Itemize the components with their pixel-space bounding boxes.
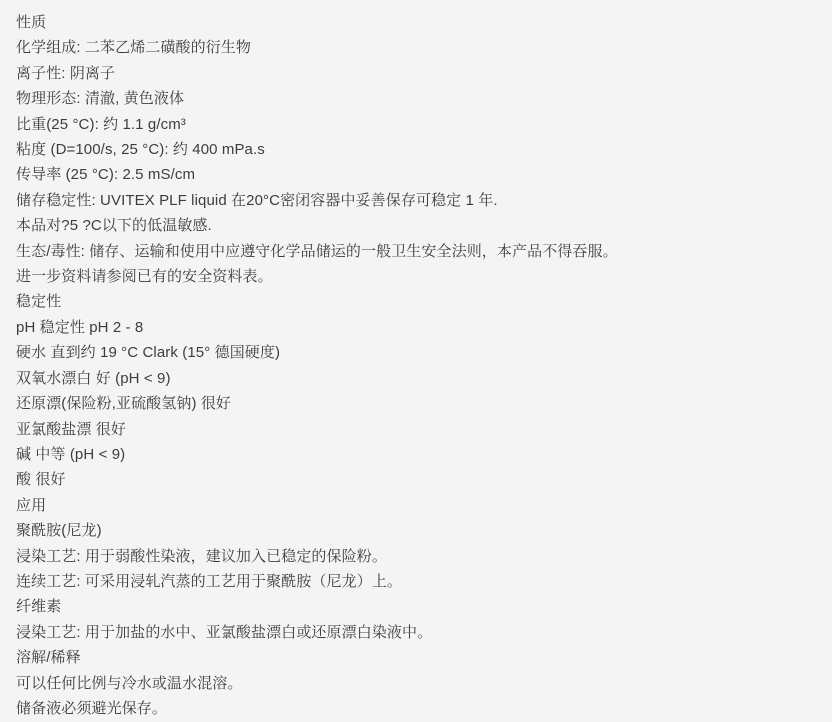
- text-line-conductivity: 传导率 (25 °C): 2.5 mS/cm: [16, 162, 816, 187]
- text-line-reduction-bleach: 还原漂(保险粉,亚硫酸氢钠) 很好: [16, 391, 816, 416]
- text-line-safety-data-sheet: 进一步资料请参阅已有的安全资料表。: [16, 264, 816, 289]
- section-title-properties: 性质: [16, 10, 816, 35]
- text-line-ph-stability: pH 稳定性 pH 2 - 8: [16, 315, 816, 340]
- section-title-dissolution-dilution: 溶解/稀释: [16, 645, 816, 670]
- section-title-application: 应用: [16, 493, 816, 518]
- text-line-ionicity: 离子性: 阴离子: [16, 61, 816, 86]
- text-line-exhaust-process-nylon: 浸染工艺: 用于弱酸性染液，建议加入已稳定的保险粉。: [16, 544, 816, 569]
- text-line-storage-stability: 储存稳定性: UVITEX PLF liquid 在20°C密闭容器中妥善保存可…: [16, 188, 816, 213]
- text-line-ecology-toxicity: 生态/毒性: 储存、运输和使用中应遵守化学品储运的一般卫生安全法则，本产品不得吞…: [16, 239, 816, 264]
- text-line-chlorite-bleach: 亚氯酸盐漂 很好: [16, 417, 816, 442]
- text-line-exhaust-process-cellulose: 浸染工艺: 用于加盐的水中、亚氯酸盐漂白或还原漂白染液中。: [16, 620, 816, 645]
- text-line-low-temp-sensitivity: 本品对?5 ?C以下的低温敏感.: [16, 213, 816, 238]
- text-line-acid: 酸 很好: [16, 467, 816, 492]
- text-line-peroxide-bleach: 双氧水漂白 好 (pH < 9): [16, 366, 816, 391]
- text-line-continuous-process: 连续工艺: 可采用浸轧汽蒸的工艺用于聚酰胺（尼龙）上。: [16, 569, 816, 594]
- text-line-hard-water: 硬水 直到约 19 °C Clark (15° 德国硬度): [16, 340, 816, 365]
- text-line-viscosity: 粘度 (D=100/s, 25 °C): 约 400 mPa.s: [16, 137, 816, 162]
- text-line-physical-form: 物理形态: 清澈, 黄色液体: [16, 86, 816, 111]
- text-line-chemical-composition: 化学组成: 二苯乙烯二磺酸的衍生物: [16, 35, 816, 60]
- text-line-polyamide-nylon: 聚酰胺(尼龙): [16, 518, 816, 543]
- text-line-specific-gravity: 比重(25 °C): 约 1.1 g/cm³: [16, 112, 816, 137]
- text-line-miscibility: 可以任何比例与冷水或温水混溶。: [16, 671, 816, 696]
- text-line-alkali: 碱 中等 (pH < 9): [16, 442, 816, 467]
- section-title-cellulose: 纤维素: [16, 594, 816, 619]
- section-title-stability: 稳定性: [16, 289, 816, 314]
- text-line-stock-solution-storage: 储备液必须避光保存。: [16, 696, 816, 721]
- product-properties-text-block: 性质 化学组成: 二苯乙烯二磺酸的衍生物 离子性: 阴离子 物理形态: 清澈, …: [0, 0, 832, 722]
